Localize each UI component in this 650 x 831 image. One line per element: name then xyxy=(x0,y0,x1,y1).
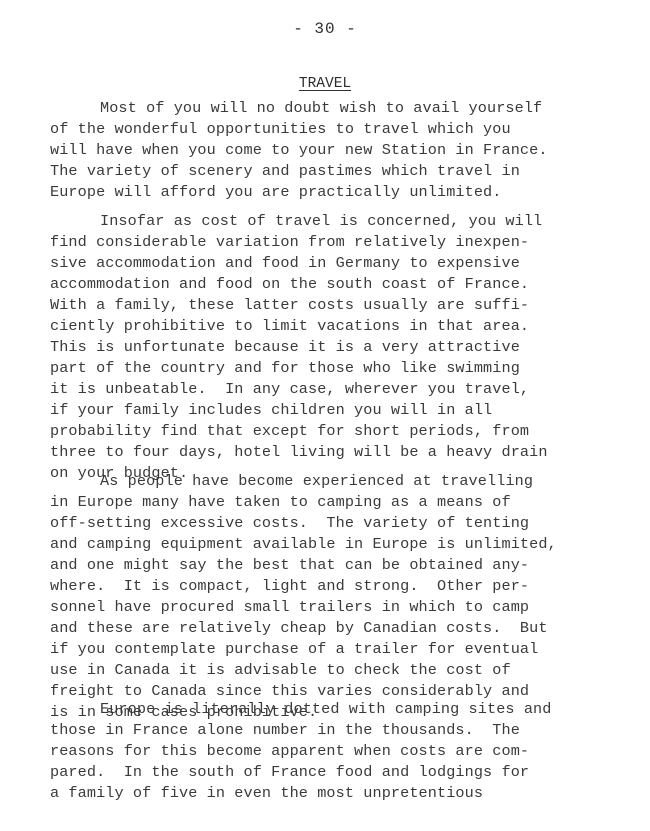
section-heading: TRAVEL xyxy=(0,76,650,92)
text-line: and camping equipment available in Europ… xyxy=(50,534,557,555)
text-line: As people have become experienced at tra… xyxy=(50,471,557,492)
text-line: accommodation and food on the south coas… xyxy=(50,274,548,295)
text-line: pared. In the south of France food and l… xyxy=(50,762,552,783)
text-line: probability find that except for short p… xyxy=(50,421,548,442)
text-line: Europe is literally dotted with camping … xyxy=(50,699,552,720)
text-line: and one might say the best that can be o… xyxy=(50,555,557,576)
paragraph-cost: Insofar as cost of travel is concerned, … xyxy=(50,211,548,484)
text-line: where. It is compact, light and strong. … xyxy=(50,576,557,597)
text-line: of the wonderful opportunities to travel… xyxy=(50,119,548,140)
text-line: will have when you come to your new Stat… xyxy=(50,140,548,161)
text-line: With a family, these latter costs usuall… xyxy=(50,295,548,316)
text-line: a family of five in even the most unpret… xyxy=(50,783,552,804)
text-line: those in France alone number in the thou… xyxy=(50,720,552,741)
text-line: sonnel have procured small trailers in w… xyxy=(50,597,557,618)
text-line: sive accommodation and food in Germany t… xyxy=(50,253,548,274)
text-line: in Europe many have taken to camping as … xyxy=(50,492,557,513)
paragraph-intro: Most of you will no doubt wish to avail … xyxy=(50,98,548,203)
text-line: it is unbeatable. In any case, wherever … xyxy=(50,379,548,400)
text-line: use in Canada it is advisable to check t… xyxy=(50,660,557,681)
page-number: - 30 - xyxy=(0,20,650,38)
text-line: Most of you will no doubt wish to avail … xyxy=(50,98,548,119)
paragraph-camping: As people have become experienced at tra… xyxy=(50,471,557,723)
text-line: if you contemplate purchase of a trailer… xyxy=(50,639,557,660)
text-line: off-setting excessive costs. The variety… xyxy=(50,513,557,534)
text-line: three to four days, hotel living will be… xyxy=(50,442,548,463)
text-line: This is unfortunate because it is a very… xyxy=(50,337,548,358)
text-line: part of the country and for those who li… xyxy=(50,358,548,379)
text-line: if your family includes children you wil… xyxy=(50,400,548,421)
heading-text: TRAVEL xyxy=(299,76,351,92)
text-line: ciently prohibitive to limit vacations i… xyxy=(50,316,548,337)
text-line: find considerable variation from relativ… xyxy=(50,232,548,253)
text-line: The variety of scenery and pastimes whic… xyxy=(50,161,548,182)
text-line: Europe will afford you are practically u… xyxy=(50,182,548,203)
paragraph-campsites: Europe is literally dotted with camping … xyxy=(50,699,552,804)
text-line: Insofar as cost of travel is concerned, … xyxy=(50,211,548,232)
text-line: and these are relatively cheap by Canadi… xyxy=(50,618,557,639)
text-line: reasons for this become apparent when co… xyxy=(50,741,552,762)
